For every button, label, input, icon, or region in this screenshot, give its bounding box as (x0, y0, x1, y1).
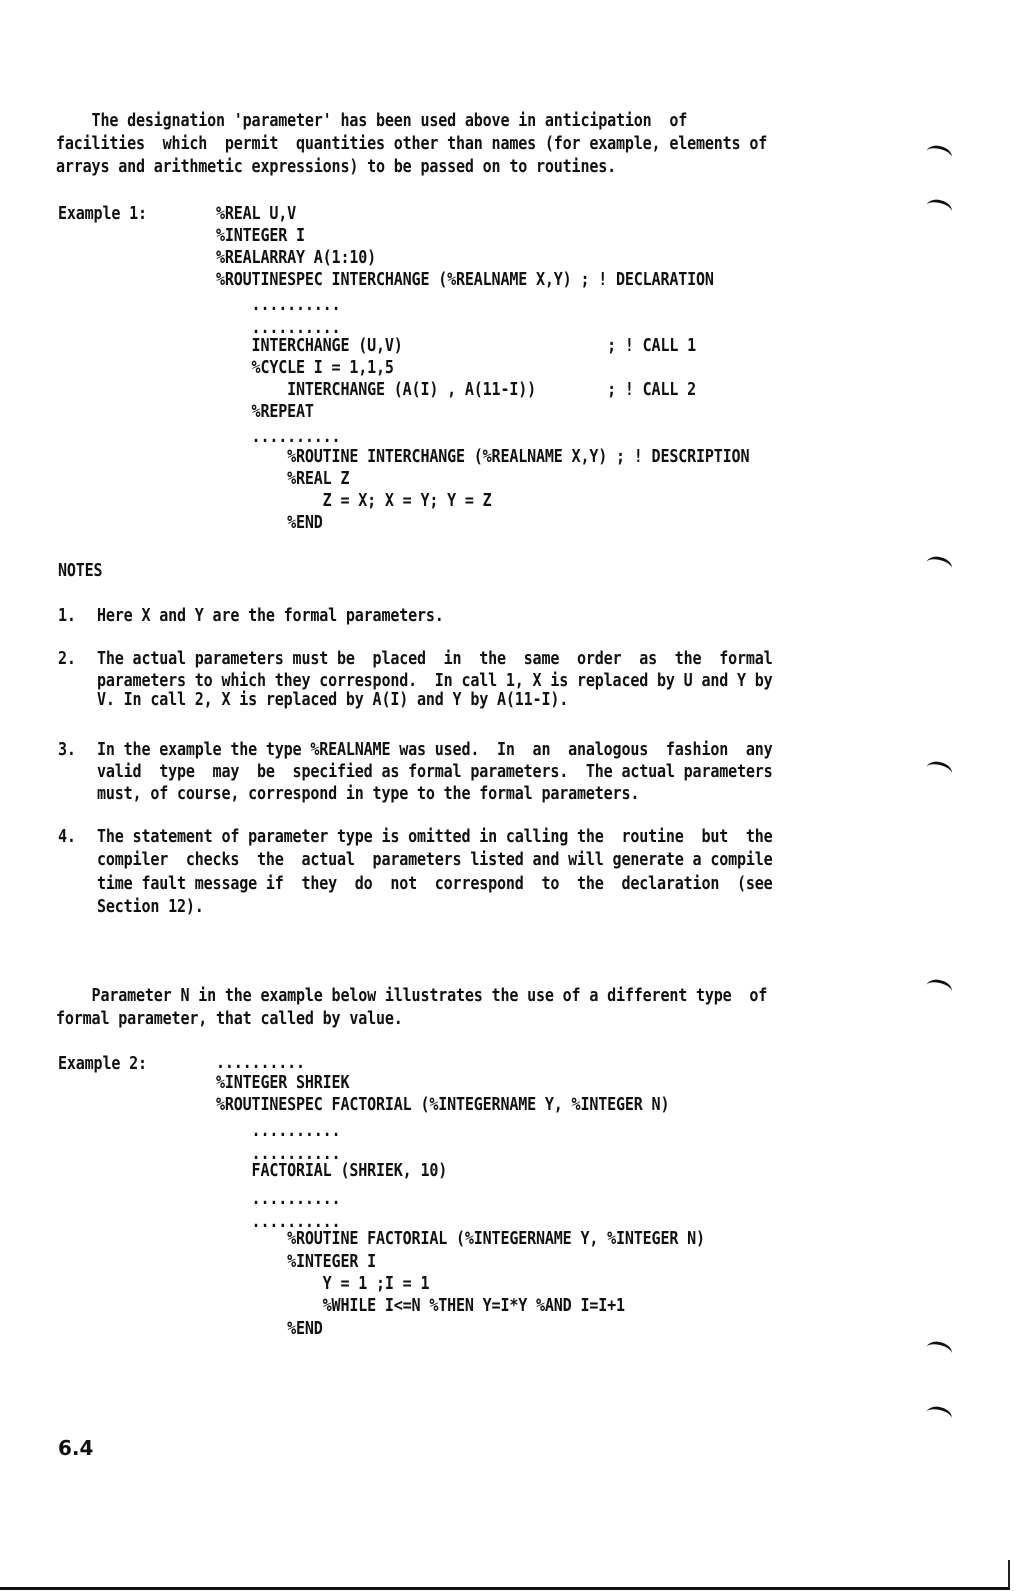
code-line: %END (216, 1318, 323, 1340)
page-corner-edge (1008, 1560, 1010, 1588)
code-line: %REAL U,V (216, 203, 296, 225)
code-line: %INTEGER SHRIEK (216, 1072, 349, 1094)
note-number: 4. (58, 826, 76, 848)
note-number: 1. (58, 605, 76, 627)
code-line: .......... (216, 1052, 305, 1074)
note-text: The actual parameters must be placed in … (97, 648, 773, 670)
binder-mark-icon (924, 197, 953, 220)
code-line: INTERCHANGE (A(I) , A(11-I)) ; ! CALL 2 (216, 379, 696, 401)
code-line: %ROUTINE FACTORIAL (%INTEGERNAME Y, %INT… (216, 1228, 705, 1250)
note-text: Here X and Y are the formal parameters. (97, 605, 444, 627)
code-line: FACTORIAL (SHRIEK, 10) (216, 1160, 447, 1182)
code-line: %INTEGER I (216, 1251, 376, 1273)
code-line: %ROUTINE INTERCHANGE (%REALNAME X,Y) ; !… (216, 446, 749, 468)
code-line: %REPEAT (216, 401, 314, 423)
code-line: %END (216, 512, 323, 534)
document-page: The designation 'parameter' has been use… (0, 0, 1020, 1591)
note-text: must, of course, correspond in type to t… (97, 783, 639, 805)
text-line: arrays and arithmetic expressions) to be… (56, 156, 616, 178)
code-line: %ROUTINESPEC INTERCHANGE (%REALNAME X,Y)… (216, 269, 714, 291)
text-line: formal parameter, that called by value. (56, 1008, 403, 1030)
note-number: 3. (58, 739, 76, 761)
binder-mark-icon (924, 977, 953, 1000)
example-label: Example 1: (58, 203, 147, 225)
example-label: Example 2: (58, 1053, 147, 1075)
binder-mark-icon (924, 1339, 953, 1362)
text-line: facilities which permit quantities other… (56, 133, 767, 155)
code-line: %REAL Z (216, 468, 349, 490)
code-line: .......... (216, 1120, 340, 1142)
note-text: In the example the type %REALNAME was us… (97, 739, 773, 761)
text-line: Parameter N in the example below illustr… (56, 985, 767, 1007)
code-line: Z = X; X = Y; Y = Z (216, 490, 492, 512)
binder-mark-icon (924, 554, 953, 577)
code-line: Y = 1 ;I = 1 (216, 1273, 429, 1295)
note-text: time fault message if they do not corres… (97, 873, 773, 895)
binder-mark-icon (924, 759, 953, 782)
note-text: The statement of parameter type is omitt… (97, 826, 773, 848)
note-number: 2. (58, 648, 76, 670)
code-line: %WHILE I<=N %THEN Y=I*Y %AND I=I+1 (216, 1295, 625, 1317)
code-line: %INTEGER I (216, 225, 305, 247)
notes-heading: NOTES (58, 560, 102, 582)
binder-mark-icon (924, 143, 953, 166)
code-line: %CYCLE I = 1,1,5 (216, 357, 394, 379)
page-bottom-edge (0, 1587, 1010, 1590)
page-number: 6.4 (58, 1436, 93, 1460)
code-line: .......... (216, 426, 340, 448)
code-line: %REALARRAY A(1:10) (216, 247, 376, 269)
code-line: INTERCHANGE (U,V) ; ! CALL 1 (216, 335, 696, 357)
note-text: V. In call 2, X is replaced by A(I) and … (97, 689, 568, 711)
note-text: valid type may be specified as formal pa… (97, 761, 773, 783)
note-text: compiler checks the actual parameters li… (97, 849, 773, 871)
binder-mark-icon (924, 1404, 953, 1427)
code-line: %ROUTINESPEC FACTORIAL (%INTEGERNAME Y, … (216, 1094, 669, 1116)
text-line: The designation 'parameter' has been use… (56, 110, 687, 132)
note-text: Section 12). (97, 896, 204, 918)
code-line: .......... (216, 1188, 340, 1210)
code-line: .......... (216, 294, 340, 316)
